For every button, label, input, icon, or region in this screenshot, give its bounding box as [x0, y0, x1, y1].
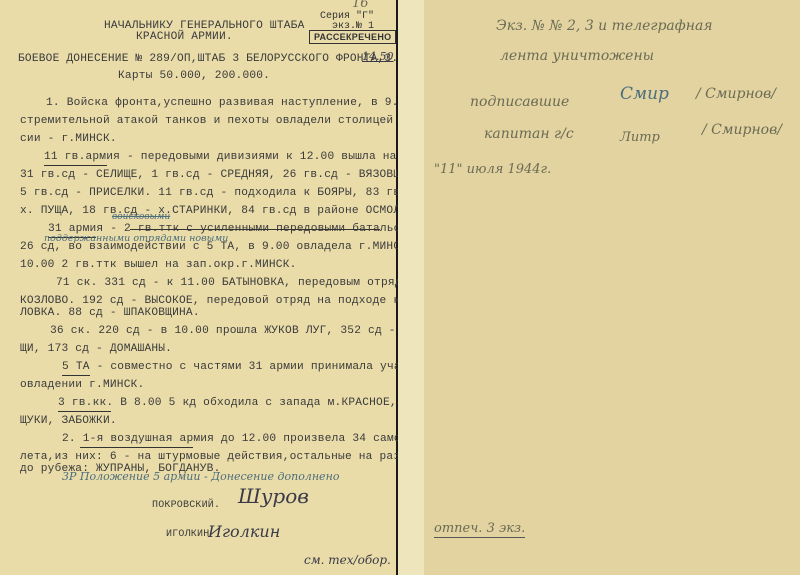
text-line: КОЗЛОВО. 192 сд - ВЫСОКОЕ, передовой отр… — [20, 295, 449, 307]
text-line: 11 гв.армия - передовыми дивизиями к 12.… — [44, 151, 445, 163]
text-line: 3 гв.кк. В 8.00 5 кд обходила с запада м… — [58, 397, 445, 409]
signed-label-2: капитан г/с — [484, 126, 574, 142]
signature-2: Иголкин — [208, 522, 280, 541]
text-line: 71 ск. 331 сд - к 11.00 БАТЫНОВКА, перед… — [56, 277, 429, 289]
text-line: х. ПУЩА, 18 гв.сд - х.СТАРИНКИ, 84 гв.сд… — [20, 205, 428, 217]
text-line: 5 гв.сд - ПРИСЕЛКИ. 11 гв.сд - подходила… — [20, 187, 435, 199]
document-page-right: Экз. № № 2, 3 и телеграфная лента уничто… — [424, 0, 800, 575]
handwritten-insert-top: войсковыми — [112, 212, 170, 222]
signed-name-2: / Смирнов/ — [702, 122, 782, 138]
series-label: Серия "Г" экз.№ 1 — [320, 12, 374, 32]
signature-1: Шуров — [238, 484, 309, 508]
text-line: 36 ск. 220 сд - в 10.00 прошла ЖУКОВ ЛУГ… — [50, 325, 458, 337]
text-line: 2. 1-я воздушная армия до 12.00 произвел… — [62, 433, 449, 445]
text-line: 5 ТА - совместно с частями 31 армии прин… — [62, 361, 442, 373]
handwritten-note: 3Р Положение 5 армии - Донесение дополне… — [62, 470, 339, 483]
text-line: стремительной атакой танков и пехоты овл… — [20, 115, 456, 127]
page-number-handwritten: 16 — [352, 0, 369, 11]
text-line: сии - г.МИНСК. — [20, 133, 117, 145]
signatory-pokrovsky: ПОКРОВСКИЙ. — [152, 500, 220, 511]
signature-smirnov-2: Литр — [620, 130, 660, 145]
signature-smirnov-1: Смир — [620, 84, 669, 104]
declassified-stamp: РАССЕКРЕЧЕНО — [309, 30, 396, 44]
text-line: ЩИ, 173 сд - ДОМАШАНЫ. — [20, 343, 172, 355]
handwritten-date: "11" июля 1944г. — [434, 162, 551, 177]
text-line: лета,из них: 6 - на штурмовые действия,о… — [20, 451, 435, 463]
text-line: ЛОВКА. 88 сд - ШПАКОВЩИНА. — [20, 307, 200, 319]
text-line: 31 гв.сд - СЕЛИЩЕ, 1 гв.сд - СРЕДНЯЯ, 26… — [20, 169, 428, 181]
underline — [62, 375, 90, 376]
handwritten-note-line-2: лента уничтожены — [500, 48, 654, 64]
footer-handwritten-note: см. тех/обор. — [304, 553, 391, 567]
addressee-line-2: КРАСНОЙ АРМИИ. — [136, 31, 233, 43]
underline — [44, 165, 107, 166]
underline — [58, 411, 111, 412]
text-line: овладении г.МИНСК. — [20, 379, 144, 391]
maps-line: Карты 50.000, 200.000. — [118, 70, 270, 82]
document-page-left: 16 Серия "Г" экз.№ 1 РАССЕКРЕЧЕНО НАЧАЛЬ… — [0, 0, 398, 575]
text-line: ЩУКИ, ЗАБОЖКИ. — [20, 415, 117, 427]
signed-name-1: / Смирнов/ — [696, 86, 776, 102]
signed-label-1: подписавшие — [470, 94, 569, 110]
underline — [80, 447, 193, 448]
page-spine — [398, 0, 424, 575]
text-line: 26 сд, во взаимодействии с 5 ТА, в 9.00 … — [20, 241, 428, 253]
copies-note: отпеч. 3 экз. — [434, 521, 525, 538]
report-time: 14.50 — [362, 50, 394, 63]
strikethrough-line — [130, 229, 380, 230]
text-line: 1. Войска фронта,успешно развивая наступ… — [46, 97, 440, 109]
text-line: 10.00 2 гв.ттк вышел на зап.окр.г.МИНСК. — [20, 259, 297, 271]
handwritten-note-line-1: Экз. № № 2, 3 и телеграфная — [496, 18, 713, 34]
signatory-igolkin: ИГОЛКИН — [166, 529, 209, 540]
